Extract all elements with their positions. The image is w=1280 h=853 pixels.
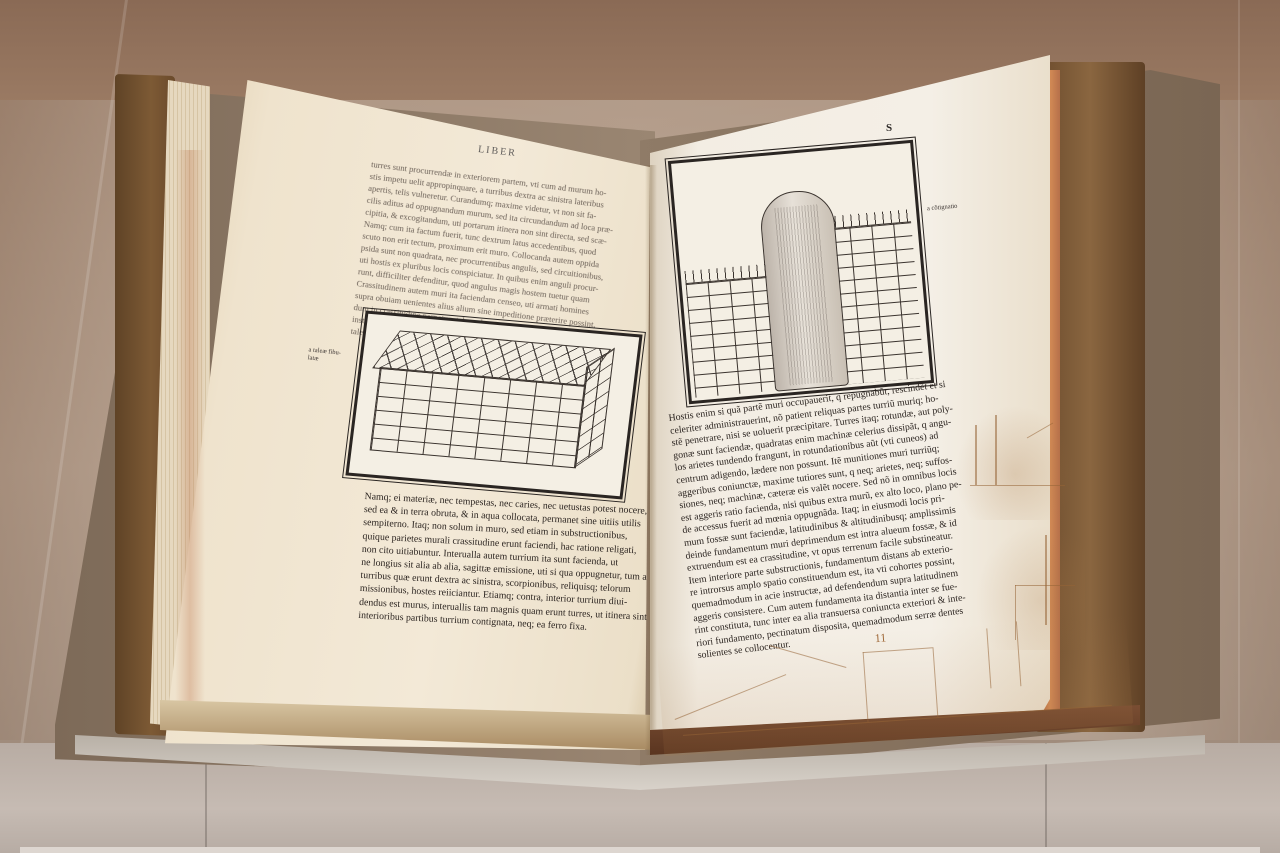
sketch-stroke — [995, 415, 997, 485]
sketch-stroke — [863, 647, 933, 653]
margin-sketch-ruins — [955, 405, 1075, 520]
folio-signature: S — [886, 122, 892, 134]
book-gutter — [645, 165, 657, 755]
display-case-glass-edge — [1238, 0, 1240, 853]
sketch-stroke — [1045, 535, 1047, 625]
sketch-stroke — [986, 628, 991, 688]
sketch-stroke — [863, 652, 869, 722]
sketch-stroke — [1027, 423, 1053, 439]
sketch-stroke — [769, 645, 846, 668]
sketch-stroke — [932, 647, 938, 717]
brick-front-face — [370, 367, 586, 468]
sketch-stroke — [1015, 585, 1075, 586]
right-page-text: Hostis enim si quã partẽ muri occupaueri… — [668, 378, 980, 663]
woodcut-brick-wall — [345, 310, 642, 499]
page-stain — [175, 150, 205, 710]
sketch-stroke — [970, 485, 1065, 486]
sketch-stroke — [675, 674, 787, 720]
sketch-stroke — [975, 425, 977, 485]
margin-note-left: a taleæ fibu- latæ — [307, 346, 341, 365]
woodcut-tower-and-walls — [668, 140, 934, 405]
sketch-stroke — [1016, 621, 1022, 686]
floor-edge-strip — [20, 847, 1260, 853]
tower-shading — [774, 204, 833, 385]
sketch-numeral: 11 — [874, 631, 887, 647]
left-page-lower-text: Namq; ei materiæ, nec tempestas, nec car… — [358, 490, 653, 637]
